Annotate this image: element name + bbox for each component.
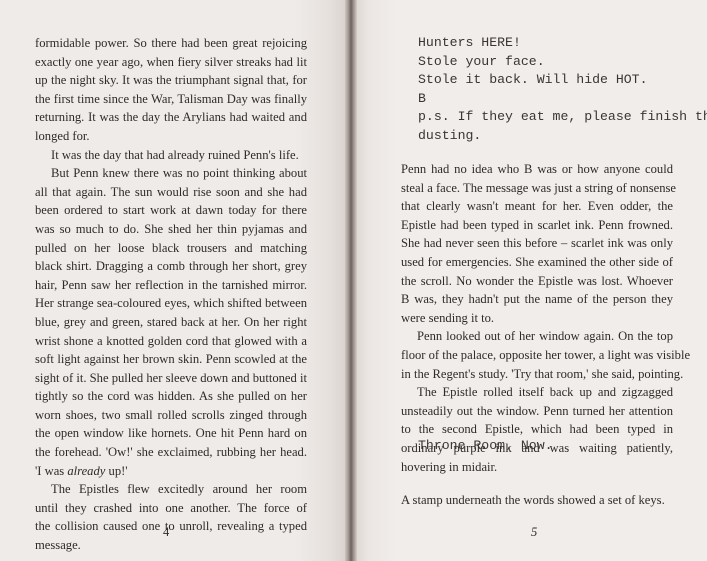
text-line: that clearly wasn't meant for her. Even … <box>401 197 673 216</box>
text-line: B was, they hadn't put the name of the p… <box>401 290 673 309</box>
text-line: floor of the palace, opposite her tower,… <box>401 346 673 365</box>
text-line: the first time since the War, Talisman D… <box>35 90 307 109</box>
text-line: all that again. The sun would rise soon … <box>35 183 307 202</box>
typed-line: B <box>418 90 707 109</box>
typed-message-scarlet: Hunters HERE! Stole your face. Stole it … <box>418 34 707 145</box>
book-spread: formidable power. So there had been grea… <box>0 0 707 561</box>
text-line: used for emergencies. She examined the o… <box>401 253 673 272</box>
text-line: the forehead. 'Ow!' she exclaimed, rubbi… <box>35 443 307 462</box>
text-line: in the Regent's study. 'Try that room,' … <box>401 365 673 384</box>
text-line: the collision caused one to unroll, reve… <box>35 517 307 536</box>
text-line: until they crashed into one another. The… <box>35 499 307 518</box>
left-page-body: formidable power. So there had been grea… <box>35 34 307 555</box>
text-line: exactly one year ago, when fiery silver … <box>35 53 307 72</box>
page-number: 5 <box>531 525 537 540</box>
text-line: message. <box>35 536 307 555</box>
typed-message-purple: Throne Room. Now. <box>418 437 553 456</box>
text-line: longed for. <box>35 127 307 146</box>
text-line: But Penn knew there was no point thinkin… <box>35 164 307 183</box>
text-line: been ordered to start work at dawn today… <box>35 201 307 220</box>
text-line: blue, grey and green, stared back at her… <box>35 313 307 332</box>
text-line: the scroll. No wonder the Epistle was lo… <box>401 272 673 291</box>
text-line: worn shoes, two small rolled scrolls zin… <box>35 406 307 425</box>
text-line: pulled on her loose black trousers and m… <box>35 239 307 258</box>
right-page: Hunters HERE! Stole your face. Stole it … <box>354 0 707 561</box>
text-line: Penn had no idea who B was or how anyone… <box>401 160 673 179</box>
text-line: unsteadily out the window. Penn turned h… <box>401 402 673 421</box>
emphasis-text: already <box>67 464 105 478</box>
text-line: the open window like hornets. One hit Pe… <box>35 424 307 443</box>
typed-line: Stole your face. <box>418 53 707 72</box>
text-line: The Epistles flew excitedly around her r… <box>35 480 307 499</box>
text-line: was so much to do. She shed her thin pyj… <box>35 220 307 239</box>
typed-line: dusting. <box>418 127 707 146</box>
right-page-closing: A stamp underneath the words showed a se… <box>401 491 673 510</box>
book-spine-gutter <box>345 0 357 561</box>
text-line: Penn looked out of her window again. On … <box>401 327 673 346</box>
text-fragment: 'I was <box>35 464 67 478</box>
text-line: hair, Penn saw her reflection in the tar… <box>35 276 307 295</box>
text-line: soft light against her brown skin. Penn … <box>35 350 307 369</box>
text-line: wrist shone a knotted golden cord that g… <box>35 332 307 351</box>
text-line: hovering in midair. <box>401 458 673 477</box>
typed-line: Hunters HERE! <box>418 34 707 53</box>
text-line: were sending it to. <box>401 309 673 328</box>
typed-line: Throne Room. Now. <box>418 437 553 456</box>
text-line: sight of it. She pulled her sleeve down … <box>35 369 307 388</box>
text-fragment: up!' <box>105 464 127 478</box>
text-line: The Epistle rolled itself back up and zi… <box>401 383 673 402</box>
typed-line: Stole it back. Will hide HOT. <box>418 71 707 90</box>
left-page: formidable power. So there had been grea… <box>0 0 348 561</box>
text-line: steal a face. The message was just a str… <box>401 179 673 198</box>
text-line: tightly so the cord was hidden. As she p… <box>35 387 307 406</box>
text-line: up the night sky. It was the triumphant … <box>35 71 307 90</box>
typed-line: p.s. If they eat me, please finish the <box>418 108 707 127</box>
text-line: returning. It was the day the Arylians h… <box>35 108 307 127</box>
text-line: 'I was already up!' <box>35 462 307 481</box>
text-line: black shirt. Dragging a comb through her… <box>35 257 307 276</box>
text-line: formidable power. So there had been grea… <box>35 34 307 53</box>
text-line: A stamp underneath the words showed a se… <box>401 491 673 510</box>
text-line: She had never seen this before – scarlet… <box>401 234 673 253</box>
page-number: 4 <box>163 525 169 540</box>
right-page-body: Penn had no idea who B was or how anyone… <box>401 160 673 476</box>
text-line: Her strange sea-coloured eyes, which shi… <box>35 294 307 313</box>
text-line: Epistle had been typed in scarlet ink. P… <box>401 216 673 235</box>
text-line: It was the day that had already ruined P… <box>35 146 307 165</box>
